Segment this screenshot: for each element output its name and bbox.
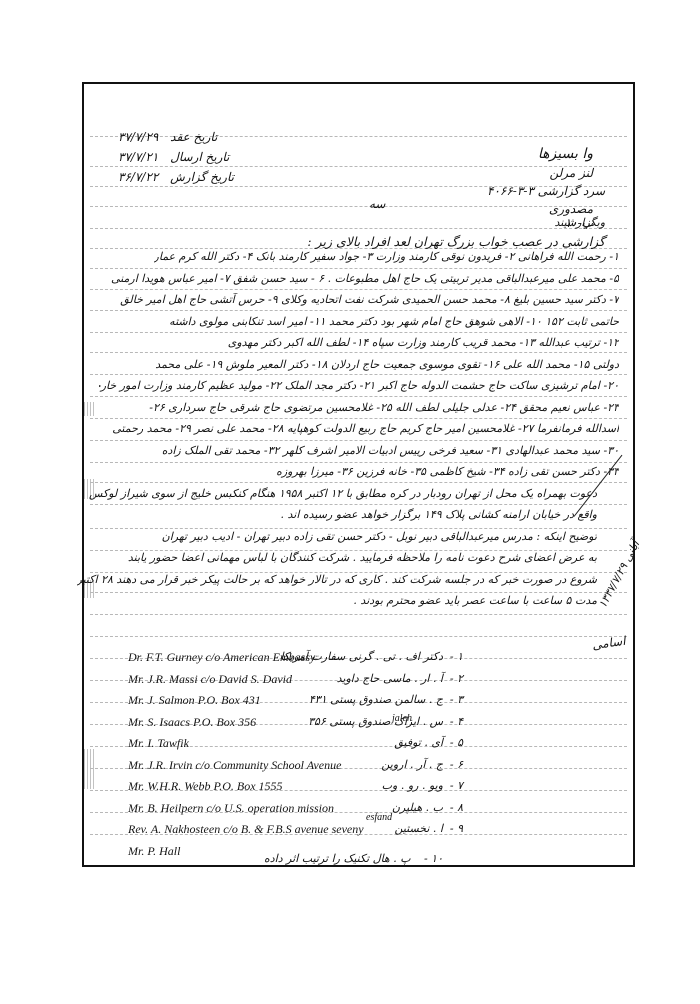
date-value: ۳۷/۷/۲۱ — [118, 150, 158, 164]
address-persian: ویو . رو . وب — [382, 779, 443, 792]
ruled-line — [90, 268, 627, 269]
ruled-line — [90, 166, 627, 167]
ruled-line — [90, 289, 627, 290]
address-english: Mr. B. Heilpern c/o U.S. operation missi… — [128, 801, 334, 816]
address-persian: پ . هال تکنیک را ترتیب اثر داده — [264, 852, 411, 865]
address-persian: ب . هیلپرن — [392, 801, 443, 814]
header-right-line: مصدوری — [549, 202, 593, 216]
ruled-line — [90, 374, 627, 375]
body-line: ۳۳- دکتر حسن تقی زاده ۳۴- شیخ کاظمی ۳۵- … — [276, 465, 619, 478]
address-number: ۶ - — [450, 758, 463, 771]
header-date-row: ۳۷/۷/۲۹ تاریخ عقد — [118, 130, 217, 144]
date-value: ۳۶/۷/۲۲ — [118, 170, 158, 184]
ruled-line — [90, 504, 627, 505]
body-line: ۲۳- عباس نعیم محقق ۲۴- عدلی جلیلی لطف ال… — [149, 401, 619, 414]
header-date-row: ۳۷/۷/۲۱ تاریخ ارسال — [118, 150, 229, 164]
address-english: Mr. W.H.R. Webb P.O. Box 1555 — [128, 779, 283, 794]
scan-edge-mark — [84, 402, 94, 416]
body-line: شروع در صورت خبر که در جلسه شرکت کند . ک… — [77, 573, 597, 586]
address-persian: آ . ار . ماسی حاج داوید — [337, 672, 443, 685]
address-english: Mr. J. Salmon P.O. Box 431 — [128, 693, 261, 708]
header-right-line: سرد گزارشی ۳-۳-۴۰۶۶ — [487, 184, 605, 198]
body-line: ۷- دکتر سید حسین بلیغ ۸- محمد حسن الحمید… — [120, 293, 619, 306]
address-english: Mr. I. Tawfik — [128, 736, 189, 751]
address-persian: آی . توفیق — [394, 736, 443, 749]
address-persian: دکتر اف . تی . گرنی سفارت آمریکا — [280, 650, 443, 663]
address-number: ۹ - — [450, 822, 463, 835]
address-number: ۳ - — [450, 693, 463, 706]
date-value: ۳۷/۷/۲۹ — [118, 130, 158, 144]
interline-note: esfand — [366, 812, 392, 823]
intro-line: گزارشی در عصب خواب بزرگ تهران لعد افراد … — [307, 234, 605, 249]
ruled-line — [90, 418, 627, 419]
address-english: Rev. A. Nakhosteen c/o B. & F.B.S avenue… — [128, 822, 364, 837]
header-right-line: لنز مرلن — [549, 166, 593, 180]
address-english: Mr. P. Hall — [128, 844, 180, 859]
date-label: تاریخ ارسال — [166, 150, 229, 164]
address-persian: ا . نخستین — [394, 822, 443, 835]
ruled-line — [90, 352, 627, 353]
address-number: ۷ - — [450, 779, 463, 792]
body-line: ۲۰- امام ترشیزی ساکت حاج حشمت الدوله حاج… — [99, 379, 619, 392]
ruled-line — [90, 396, 627, 397]
header-date-row: ۳۶/۷/۲۲ تاریخ گزارش — [118, 170, 234, 184]
body-line: واقع در خیابان ارامنه کشانی پلاک ۱۴۹ برگ… — [281, 508, 597, 521]
address-persian: ج . آر . اروین — [381, 758, 443, 771]
address-persian: ج . سالمن صندوق پستی ۴۳۱ — [309, 693, 443, 706]
date-label: تاریخ عقد — [166, 130, 217, 144]
body-line: ۳۰- سید محمد عبدالهادی ۳۱- سعید فرخی ریی… — [162, 444, 619, 457]
ruled-line — [90, 310, 627, 311]
body-line: مدت ۵ ساعت با ساعت عصر باید عضو محترم بو… — [353, 594, 597, 607]
recipient-note: وبگزارشیند — [554, 216, 605, 229]
address-english: Mr. J.R. Massi c/o David S. David — [128, 672, 292, 687]
body-line: حاتمی ثابت ۱۵۲ ۱۰- الاهی شوهق حاج امام ش… — [169, 315, 619, 328]
ruled-line — [90, 206, 627, 207]
document-page: وا بسیزهالنز مرلنسرد گزارشی ۳-۳-۴۰۶۶مصدو… — [82, 82, 635, 867]
address-number: ۱۰ - — [424, 852, 443, 865]
ruled-line — [90, 440, 627, 441]
address-number: ۱ - — [450, 650, 463, 663]
body-line: دعوت بهمراه یک محل از تهران رودبار در کر… — [89, 487, 597, 500]
body-line: ۱۲- ترتیب عبدالله ۱۳- محمد قریب کارمند و… — [228, 336, 619, 349]
scan-edge-mark — [84, 749, 94, 789]
center-mark: سه — [369, 197, 386, 211]
interline-note: jaleh — [392, 713, 412, 724]
body-line: دولتی ۱۵- محمد الله علی ۱۶- تقوی موسوی ج… — [155, 358, 619, 371]
body-line: ۵- محمد علی میرعبدالباقی مدیر تربیتی یک … — [111, 272, 619, 285]
ruled-line — [90, 482, 627, 483]
ruled-line — [90, 614, 627, 615]
ruled-line — [90, 636, 627, 637]
body-line: ۱- رحمت الله فراهانی ۲- فریدون نوقی کارم… — [154, 250, 619, 263]
address-english: Mr. S. Isaacs P.O. Box 356 — [128, 715, 256, 730]
ruled-line — [90, 332, 627, 333]
address-persian: س . ایزاک صندوق پستی ۳۵۶ — [308, 715, 443, 728]
address-english: Mr. J.R. Irvin c/o Community School Aven… — [128, 758, 341, 773]
header-right-line: وا بسیزها — [538, 146, 593, 162]
ruled-line — [90, 462, 627, 463]
address-number: ۵ - — [450, 736, 463, 749]
address-number: ۸ - — [450, 801, 463, 814]
address-number: ۴ - — [450, 715, 463, 728]
ruled-line — [90, 228, 627, 229]
body-line: اسدالله فرمانفرما ۲۷- غلامحسین امیر حاج … — [112, 422, 619, 435]
address-number: ۲ - — [450, 672, 463, 685]
ruled-line — [90, 592, 627, 593]
body-line: توضیح اینکه : مدرس میرعبدالباقی دبیر نوب… — [162, 530, 597, 543]
body-line: به عرض اعضای شرح دعوت نامه را ملاحظه فرم… — [128, 551, 597, 564]
date-label: تاریخ گزارش — [166, 170, 234, 184]
